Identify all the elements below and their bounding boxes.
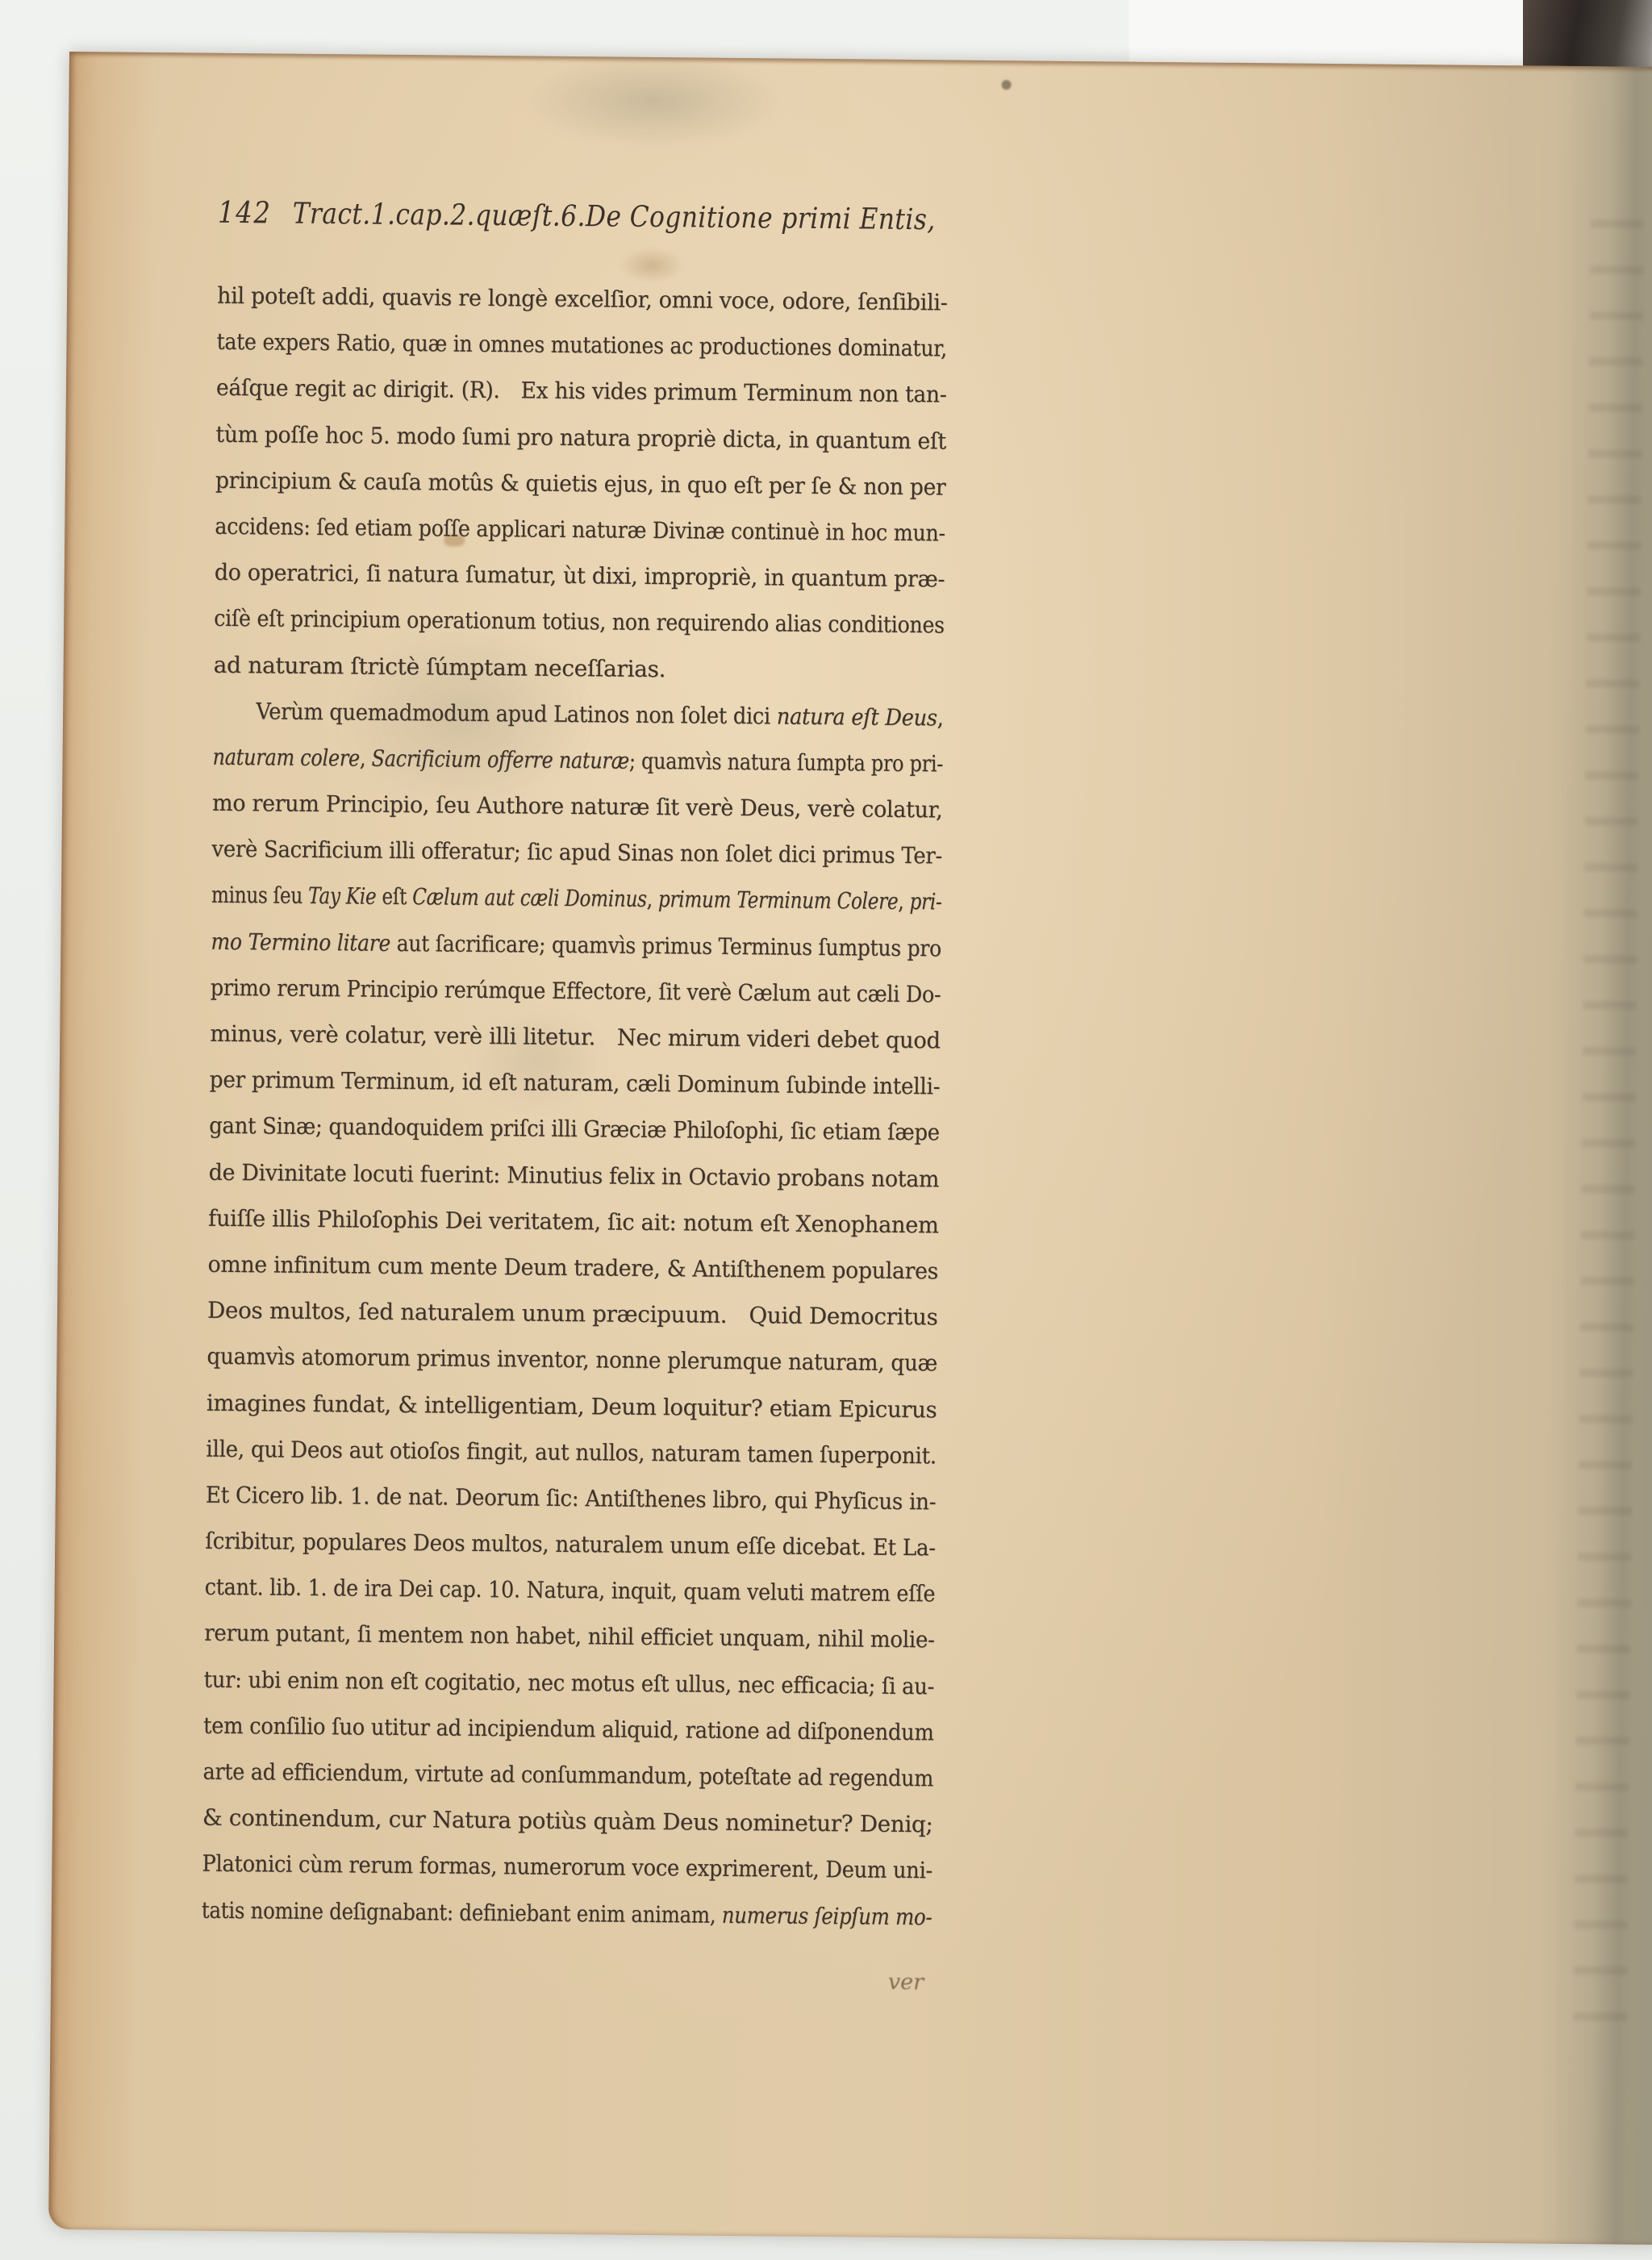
text-line: quamvìs atomorum primus inventor, nonne … [206,1333,938,1386]
catchword: ver [888,1970,924,1995]
text-line: per primum Terminum, id eſt naturam, cæl… [209,1057,941,1110]
page-stack-edge [48,52,97,2229]
page-header: 142Tract.1.cap.2.quæſt.6.De Cognitione p… [218,195,949,237]
text-line: Deos multos, ſed naturalem unum præcipuu… [207,1287,939,1341]
page-curve-shadow [1541,66,1652,2245]
text-line: tur: ubi enim non eſt cogitatio, nec mot… [203,1656,935,1709]
foxing-spot [520,51,787,150]
text-line: ille, qui Deos aut otioſos fingit, aut n… [206,1425,937,1478]
text-line: hil poteſt addi, quavis re longè excelſi… [217,273,949,326]
text-line: omne infinitum cum mente Deum tradere, &… [207,1241,939,1295]
text-line: Platonici cùm rerum formas, numerorum vo… [202,1841,933,1894]
text-line: mo rerum Principio, ſeu Authore naturæ ſ… [212,780,944,833]
text-line: ciſè eſt principium operationum totius, … [214,595,945,648]
text-line: tate expers Ratio, quæ in omnes mutation… [216,319,948,372]
text-line: primo rerum Principio rerúmque Effectore… [211,965,942,1018]
text-line: Verùm quemadmodum apud Latinos non ſolet… [213,687,945,740]
text-line: ctant. lib. 1. de ira Dei cap. 10. Natur… [204,1564,936,1617]
text-line: accidens: ſed etiam poſſe applicari natu… [215,503,946,557]
text-line: de Divinitate locuti fuerint: Minutius f… [208,1149,940,1202]
text-line: imagines fundat, & intelligentiam, Deum … [206,1379,938,1432]
text-line: tem conſilio ſuo utitur ad incipiendum a… [203,1703,935,1756]
text-line: tatis nomine deſignabant: definiebant en… [202,1887,933,1940]
text-line: & continendum, cur Natura potiùs quàm De… [202,1795,934,1848]
foxing-spot [1002,80,1012,90]
text-line: mo Termino litare aut ſacrificare; quamv… [211,918,942,971]
running-title: Tract.1.cap.2.quæſt.6.De Cognitione prim… [292,198,935,237]
verso-show-through [1573,219,1644,2051]
text-line: fuiſſe illis Philoſophis Dei veritatem, … [208,1195,940,1248]
text-line: eáſque regit ac dirigit. (R). Ex his vid… [216,365,948,418]
text-line: principium & cauſa motûs & quietis ejus,… [215,457,947,511]
text-line: arte ad efficiendum, virtute ad conſumma… [202,1749,934,1802]
header-line: 142Tract.1.cap.2.quæſt.6.De Cognitione p… [218,195,936,237]
text-line: do operatrici, ſi natura ſumatur, ùt dix… [215,549,946,603]
book-page: 142Tract.1.cap.2.quæſt.6.De Cognitione p… [48,52,1652,2245]
catchword-row: ver [201,1963,924,1995]
text-line: tùm poſſe hoc 5. modo ſumi pro natura pr… [215,411,947,464]
page-number: 142 [218,195,272,231]
text-block: hil poteſt addi, quavis re longè excelſi… [202,273,949,1940]
text-line: minus ſeu Tay Kie eſt Cælum aut cæli Dom… [211,872,943,925]
text-line: naturam colere, Sacrificium offerre natu… [212,734,944,787]
text-line: Et Cicero lib. 1. de nat. Deorum ſic: An… [206,1472,937,1525]
text-line: rerum putant, ſi mentem non habet, nihil… [204,1610,936,1663]
text-line: gant Sinæ; quandoquidem priſci illi Græc… [209,1103,941,1156]
text-line: ad naturam ſtrictè ſúmptam neceſſarias. [213,641,945,694]
text-line: minus, verè colatur, verè illi litetur. … [210,1011,941,1064]
text-line: verè Sacrificium illi offeratur; ſic apu… [211,826,943,879]
text-line: ſcribitur, populares Deos multos, natura… [205,1518,937,1571]
